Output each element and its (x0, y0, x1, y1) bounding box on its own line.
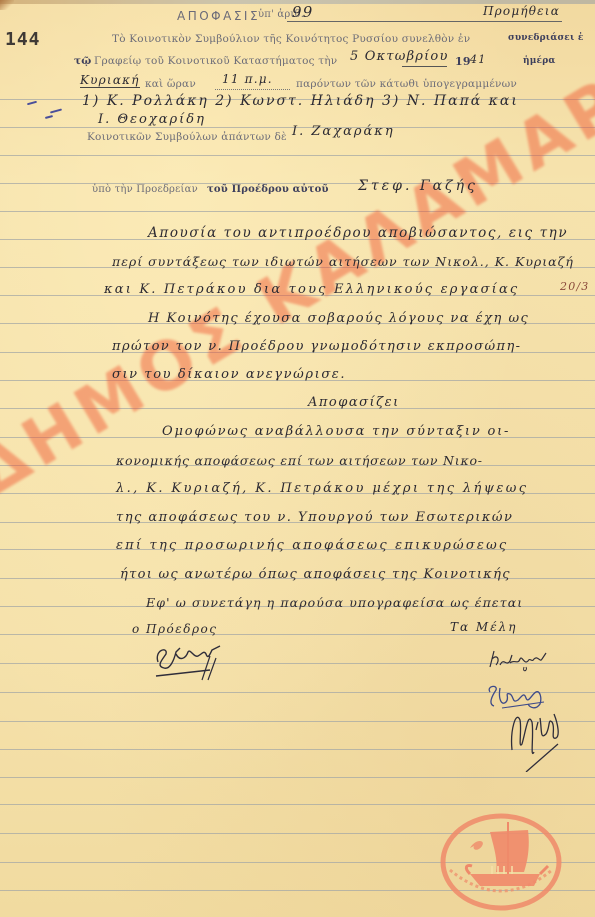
signatory-right-label: Τα Μέλη (450, 620, 517, 634)
ship-stamp-icon (440, 808, 562, 912)
document-title: ΑΠΟΦΑΣΙΣ (177, 9, 260, 23)
ruled-line (0, 804, 595, 805)
members-present: 1) Κ. Ρολλάκη 2) Κωνστ. Ηλιάδη 3) Ν. Παπ… (82, 93, 519, 109)
body-line-6: σιν του δίκαιον ανεγνώρισε. (112, 367, 346, 382)
weekday: Κυριακή (80, 73, 140, 88)
subject-underline (462, 21, 562, 22)
president-signature (150, 640, 230, 685)
present-label: παρόντων τῶν κάτωθι ὑπογεγραμμένων (296, 78, 517, 90)
margin-ink-mark (27, 101, 37, 106)
ruled-line (0, 634, 595, 635)
hour-label: καὶ ὥραν (145, 78, 196, 90)
member-signature-1 (486, 645, 556, 673)
printed-year-prefix: 19 (455, 55, 471, 68)
meeting-date: 5 Οκτωβρίου (350, 49, 449, 64)
page-number: 144 (5, 29, 41, 50)
president-signature-text: Στεφ. Γαζής (150, 690, 169, 691)
member-signature-3 (506, 700, 566, 772)
ruled-line (0, 777, 595, 778)
page-corner (0, 0, 14, 10)
decision-line-2: κονομικής αποφάσεως επί των αιτήσεων των… (116, 453, 483, 468)
number-underline (287, 21, 462, 22)
members-present-continued: Ι. Θεοχαρίδη (98, 112, 206, 127)
printed-line-1-bold: συνεδριάσει ἐ (508, 33, 584, 43)
members-absent: Ι. Ζαχαράκη (292, 124, 395, 139)
margin-ink-mark (50, 108, 62, 113)
printed-line-1: Τὸ Κοινοτικὸν Συμβούλιον τῆς Κοινότητος … (112, 33, 470, 45)
signatory-left-label: ο Πρόεδρος (132, 622, 217, 636)
margin-note: 20/3 (560, 280, 590, 293)
body-line-5: πρώτον τον ν. Προέδρου γνωμοδότησιν εκπρ… (112, 339, 521, 354)
presidency-label-bold: τοῦ Προέδρου αὐτοῦ (207, 184, 329, 195)
day-label: ἡμέρα (523, 56, 556, 66)
margin-ink-mark (45, 115, 53, 119)
presidency-label: ὑπὸ τὴν Προεδρείαν (92, 184, 198, 195)
decision-line-7: Εφ' ω συνετάγη η παρούσα υπογραφείσα ως … (146, 595, 523, 610)
year-digits: 41 (470, 53, 486, 66)
subject-handwritten: Προμήθεια (483, 4, 560, 18)
meeting-hour: 11 π.μ. (222, 72, 273, 86)
decision-line-4: της αποφάσεως του ν. Υπουργού των Εσωτερ… (116, 510, 513, 525)
printed-line-2: Γραφείῳ τοῦ Κοινοτικοῦ Καταστήματος τὴν (94, 55, 337, 67)
body-line-3: και Κ. Πετράκου δια τους Ελληνικούς εργα… (104, 282, 519, 297)
decision-line-3: λ., Κ. Κυριαζή, Κ. Πετράκου μέχρι της λή… (116, 481, 528, 496)
decides-heading: Αποφασίζει (308, 395, 400, 410)
body-line-4: Η Κοινότης έχουσα σοβαρούς λόγους να έχη… (148, 311, 529, 326)
decision-line-5: επί της προσωρινής αποφάσεως επικυρώσεως (116, 538, 508, 553)
document-page: ΔΗΜΟΣ ΚΑΛΑΜΑΡΙΑΣ 144 ΑΠΟΦΑΣΙΣ ὑπ' ἀριθ. … (0, 0, 595, 917)
ruled-line (0, 211, 595, 212)
hour-underline (215, 89, 290, 90)
body-line-1: Απουσία του αντιπροέδρου αποβιώσαντος, ε… (148, 225, 568, 241)
absent-label: Κοινοτικῶν Συμβούλων ἀπάντων δὲ (87, 131, 287, 143)
decision-line-6: ήτοι ως ανωτέρω όπως αποφάσεις της Κοινο… (120, 567, 511, 582)
body-line-2: περί συντάξεως των ιδιωτών αιτήσεων των … (112, 254, 574, 269)
date-underline (402, 66, 447, 67)
president-name: Στεφ. Γαζής (358, 178, 478, 194)
decision-number: 99 (292, 3, 314, 21)
printed-line-2-bold: τῷ (74, 55, 91, 67)
decision-line-1: Ομοφώνως αναβάλλουσα την σύνταξιν οι- (162, 424, 510, 439)
